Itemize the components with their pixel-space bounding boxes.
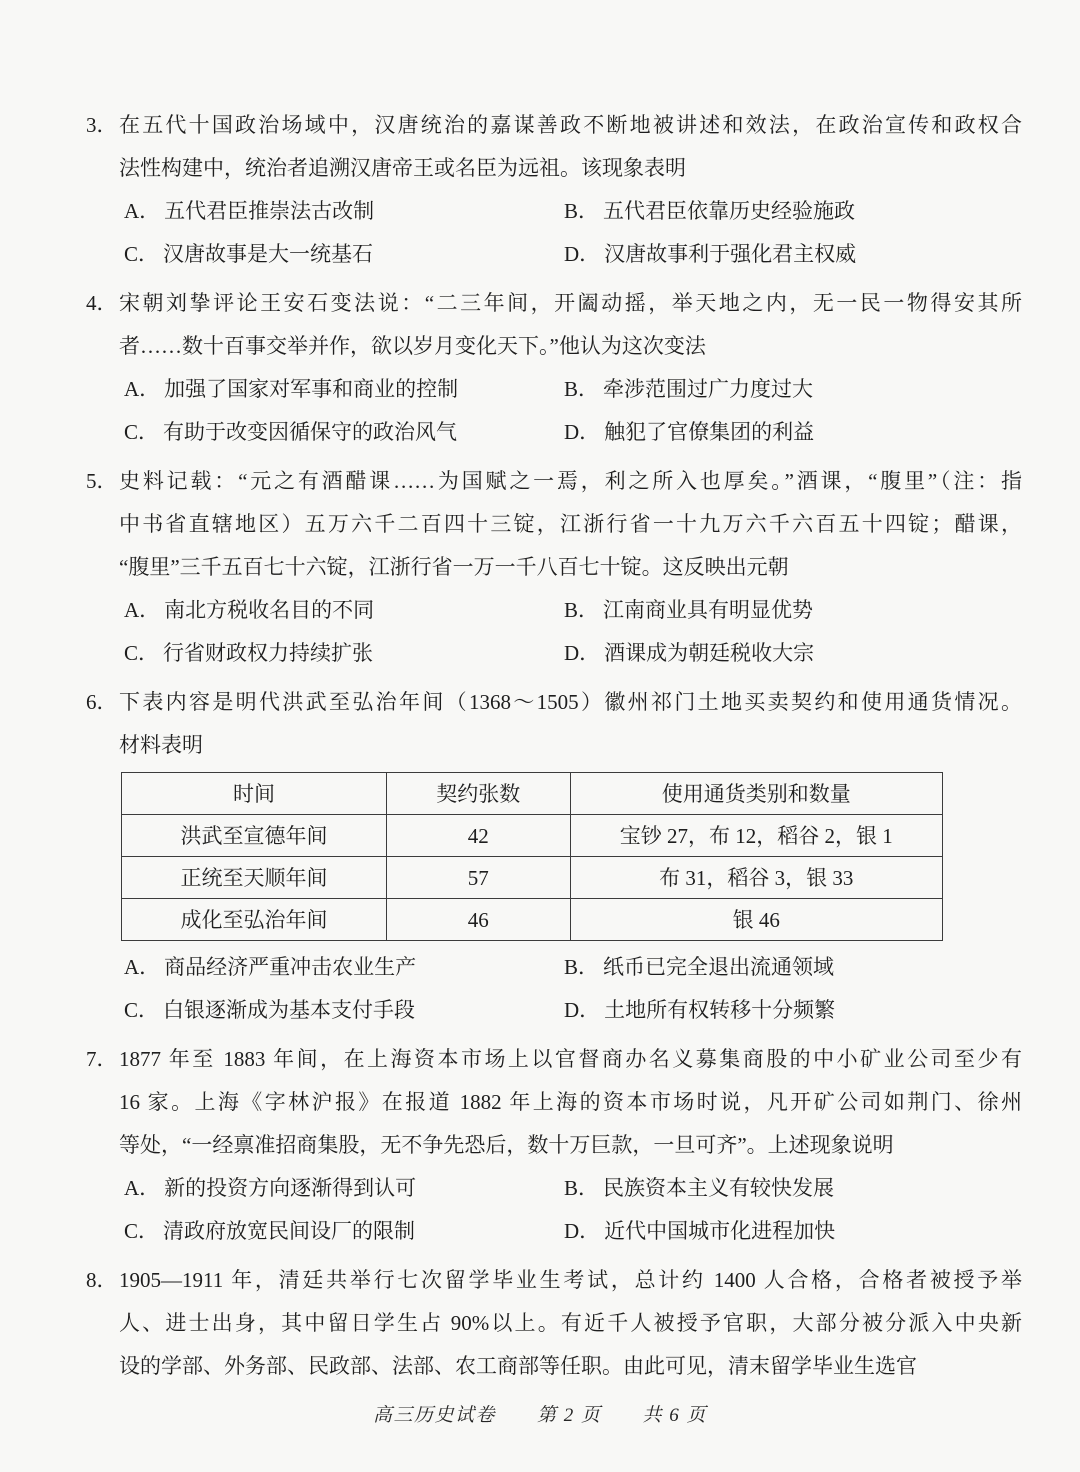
question-line: 宋朝刘挚评论王安石变法说：“二三年间，开阖动摇，举天地之内，无一民一物得安其所 bbox=[119, 282, 1022, 325]
option-C: C．清政府放宽民间设厂的限制 bbox=[124, 1210, 564, 1253]
option-text: 牵涉范围过广力度过大 bbox=[603, 377, 813, 401]
option-A: A．新的投资方向逐渐得到认可 bbox=[124, 1167, 564, 1210]
options-row: A．商品经济严重冲击农业生产 B．纸币已完全退出流通领域 bbox=[124, 946, 1022, 989]
page-footer: 高三历史试卷 第 2 页 共 6 页 bbox=[0, 1400, 1080, 1427]
option-text: 南北方税收名目的不同 bbox=[164, 598, 374, 622]
option-text: 酒课成为朝廷税收大宗 bbox=[604, 641, 814, 665]
table-cell: 46 bbox=[386, 899, 570, 941]
option-text: 汉唐故事利于强化君主权威 bbox=[604, 242, 856, 266]
option-label: B． bbox=[564, 955, 599, 979]
question-5: 5． 史料记载：“元之有酒醋课……为国赋之一焉，利之所入也厚矣。”酒课，“腹里”… bbox=[86, 460, 1022, 675]
question-number: 5． bbox=[86, 460, 119, 503]
options-row: A．南北方税收名目的不同 B．江南商业具有明显优势 bbox=[124, 589, 1022, 632]
question-line: 1905—1911 年，清廷共举行七次留学毕业生考试，总计约 1400 人合格，… bbox=[119, 1259, 1022, 1302]
contract-currency-table: 时间 契约张数 使用通货类别和数量 洪武至宣德年间 42 宝钞 27，布 12，… bbox=[121, 772, 943, 941]
exam-content: 3． 在五代十国政治场域中，汉唐统治的嘉谋善政不断地被讲述和效法，在政治宣传和政… bbox=[0, 0, 1080, 1388]
option-label: C． bbox=[124, 998, 159, 1022]
question-7: 7． 1877 年至 1883 年间，在上海资本市场上以官督商办名义募集商股的中… bbox=[86, 1038, 1022, 1253]
option-text: 有助于改变因循保守的政治风气 bbox=[163, 420, 457, 444]
option-label: B． bbox=[564, 1176, 599, 1200]
option-text: 触犯了官僚集团的利益 bbox=[604, 420, 814, 444]
option-text: 汉唐故事是大一统基石 bbox=[163, 242, 373, 266]
option-C: C．白银逐渐成为基本支付手段 bbox=[124, 989, 564, 1032]
option-B: B．纸币已完全退出流通领域 bbox=[564, 946, 834, 989]
option-B: B．五代君臣依靠历史经验施政 bbox=[564, 190, 855, 233]
question-line: 在五代十国政治场域中，汉唐统治的嘉谋善政不断地被讲述和效法，在政治宣传和政权合 bbox=[119, 104, 1022, 147]
options-row: C．清政府放宽民间设厂的限制 D．近代中国城市化进程加快 bbox=[124, 1210, 1022, 1253]
option-D: D．触犯了官僚集团的利益 bbox=[564, 411, 814, 454]
options-row: A．加强了国家对军事和商业的控制 B．牵涉范围过广力度过大 bbox=[124, 368, 1022, 411]
table-cell: 宝钞 27，布 12，稻谷 2，银 1 bbox=[570, 815, 942, 857]
option-label: B． bbox=[564, 598, 599, 622]
option-label: C． bbox=[124, 242, 159, 266]
option-label: A． bbox=[124, 377, 160, 401]
option-label: C． bbox=[124, 1219, 159, 1243]
question-line: 等处，“一经禀准招商集股，无不争先恐后，数十万巨款，一旦可齐”。上述现象说明 bbox=[119, 1124, 1022, 1167]
option-text: 江南商业具有明显优势 bbox=[603, 598, 813, 622]
option-label: A． bbox=[124, 1176, 160, 1200]
option-A: A．商品经济严重冲击农业生产 bbox=[124, 946, 564, 989]
table-cell: 42 bbox=[386, 815, 570, 857]
option-label: A． bbox=[124, 955, 160, 979]
option-text: 商品经济严重冲击农业生产 bbox=[164, 955, 416, 979]
question-number: 8． bbox=[86, 1259, 119, 1302]
option-text: 民族资本主义有较快发展 bbox=[603, 1176, 834, 1200]
options-row: C．白银逐渐成为基本支付手段 D．土地所有权转移十分频繁 bbox=[124, 989, 1022, 1032]
question-8: 8． 1905—1911 年，清廷共举行七次留学毕业生考试，总计约 1400 人… bbox=[86, 1259, 1022, 1388]
option-text: 行省财政权力持续扩张 bbox=[163, 641, 373, 665]
options-row: A．五代君臣推崇法古改制 B．五代君臣依靠历史经验施政 bbox=[124, 190, 1022, 233]
option-B: B．江南商业具有明显优势 bbox=[564, 589, 813, 632]
question-line: 中书省直辖地区）五万六千二百四十三锭，江浙行省一十九万六千六百五十四锭；醋课， bbox=[119, 503, 1022, 546]
option-label: D． bbox=[564, 641, 600, 665]
table-header-cell: 契约张数 bbox=[386, 773, 570, 815]
option-label: A． bbox=[124, 199, 160, 223]
options-row: A．新的投资方向逐渐得到认可 B．民族资本主义有较快发展 bbox=[124, 1167, 1022, 1210]
option-label: C． bbox=[124, 641, 159, 665]
question-line: “腹里”三千五百七十六锭，江浙行省一万一千八百七十锭。这反映出元朝 bbox=[119, 546, 1022, 589]
table-cell: 正统至天顺年间 bbox=[122, 857, 387, 899]
table-cell: 布 31，稻谷 3，银 33 bbox=[570, 857, 942, 899]
options-row: C．有助于改变因循保守的政治风气 D．触犯了官僚集团的利益 bbox=[124, 411, 1022, 454]
option-text: 纸币已完全退出流通领域 bbox=[603, 955, 834, 979]
option-B: B．牵涉范围过广力度过大 bbox=[564, 368, 813, 411]
option-label: C． bbox=[124, 420, 159, 444]
option-text: 加强了国家对军事和商业的控制 bbox=[164, 377, 458, 401]
option-B: B．民族资本主义有较快发展 bbox=[564, 1167, 834, 1210]
question-number: 6． bbox=[86, 681, 119, 724]
option-label: D． bbox=[564, 420, 600, 444]
option-text: 五代君臣推崇法古改制 bbox=[164, 199, 374, 223]
option-text: 白银逐渐成为基本支付手段 bbox=[163, 998, 415, 1022]
option-label: D． bbox=[564, 998, 600, 1022]
table-cell: 成化至弘治年间 bbox=[122, 899, 387, 941]
option-C: C．有助于改变因循保守的政治风气 bbox=[124, 411, 564, 454]
table-header-row: 时间 契约张数 使用通货类别和数量 bbox=[122, 773, 943, 815]
question-3: 3． 在五代十国政治场域中，汉唐统治的嘉谋善政不断地被讲述和效法，在政治宣传和政… bbox=[86, 104, 1022, 276]
question-6: 6． 下表内容是明代洪武至弘治年间（1368～1505）徽州祁门土地买卖契约和使… bbox=[86, 681, 1022, 1032]
table-header-cell: 时间 bbox=[122, 773, 387, 815]
option-label: B． bbox=[564, 377, 599, 401]
option-D: D．酒课成为朝廷税收大宗 bbox=[564, 632, 814, 675]
question-4: 4． 宋朝刘挚评论王安石变法说：“二三年间，开阖动摇，举天地之内，无一民一物得安… bbox=[86, 282, 1022, 454]
table-row: 成化至弘治年间 46 银 46 bbox=[122, 899, 943, 941]
option-D: D．近代中国城市化进程加快 bbox=[564, 1210, 835, 1253]
question-line: 设的学部、外务部、民政部、法部、农工商部等任职。由此可见，清末留学毕业生选官 bbox=[119, 1345, 1022, 1388]
table-cell: 银 46 bbox=[570, 899, 942, 941]
option-label: D． bbox=[564, 1219, 600, 1243]
question-line: 人、进士出身，其中留日学生占 90%以上。有近千人被授予官职，大部分被分派入中央… bbox=[119, 1302, 1022, 1345]
question-line: 下表内容是明代洪武至弘治年间（1368～1505）徽州祁门土地买卖契约和使用通货… bbox=[119, 681, 1022, 724]
question-number: 4． bbox=[86, 282, 119, 325]
exam-page: 3． 在五代十国政治场域中，汉唐统治的嘉谋善政不断地被讲述和效法，在政治宣传和政… bbox=[0, 0, 1080, 1472]
option-D: D．土地所有权转移十分频繁 bbox=[564, 989, 835, 1032]
question-line: 材料表明 bbox=[119, 724, 1022, 767]
question-line: 史料记载：“元之有酒醋课……为国赋之一焉，利之所入也厚矣。”酒课，“腹里”（注：… bbox=[119, 460, 1022, 503]
options-row: C．汉唐故事是大一统基石 D．汉唐故事利于强化君主权威 bbox=[124, 233, 1022, 276]
question-number: 3． bbox=[86, 104, 119, 147]
table-cell: 洪武至宣德年间 bbox=[122, 815, 387, 857]
option-text: 土地所有权转移十分频繁 bbox=[604, 998, 835, 1022]
option-A: A．五代君臣推崇法古改制 bbox=[124, 190, 564, 233]
option-label: B． bbox=[564, 199, 599, 223]
question-line: 法性构建中，统治者追溯汉唐帝王或名臣为远祖。该现象表明 bbox=[119, 147, 1022, 190]
table-row: 正统至天顺年间 57 布 31，稻谷 3，银 33 bbox=[122, 857, 943, 899]
table-row: 洪武至宣德年间 42 宝钞 27，布 12，稻谷 2，银 1 bbox=[122, 815, 943, 857]
option-text: 五代君臣依靠历史经验施政 bbox=[603, 199, 855, 223]
table-header-cell: 使用通货类别和数量 bbox=[570, 773, 942, 815]
question-line: 1877 年至 1883 年间，在上海资本市场上以官督商办名义募集商股的中小矿业… bbox=[119, 1038, 1022, 1081]
option-label: A． bbox=[124, 598, 160, 622]
option-label: D． bbox=[564, 242, 600, 266]
options-row: C．行省财政权力持续扩张 D．酒课成为朝廷税收大宗 bbox=[124, 632, 1022, 675]
option-C: C．行省财政权力持续扩张 bbox=[124, 632, 564, 675]
question-line: 者……数十百事交举并作，欲以岁月变化天下。”他认为这次变法 bbox=[119, 325, 1022, 368]
option-text: 新的投资方向逐渐得到认可 bbox=[164, 1176, 416, 1200]
option-A: A．南北方税收名目的不同 bbox=[124, 589, 564, 632]
option-text: 近代中国城市化进程加快 bbox=[604, 1219, 835, 1243]
table-cell: 57 bbox=[386, 857, 570, 899]
option-text: 清政府放宽民间设厂的限制 bbox=[163, 1219, 415, 1243]
question-number: 7． bbox=[86, 1038, 119, 1081]
option-A: A．加强了国家对军事和商业的控制 bbox=[124, 368, 564, 411]
option-C: C．汉唐故事是大一统基石 bbox=[124, 233, 564, 276]
question-line: 16 家。上海《字林沪报》在报道 1882 年上海的资本市场时说，凡开矿公司如荆… bbox=[119, 1081, 1022, 1124]
option-D: D．汉唐故事利于强化君主权威 bbox=[564, 233, 856, 276]
